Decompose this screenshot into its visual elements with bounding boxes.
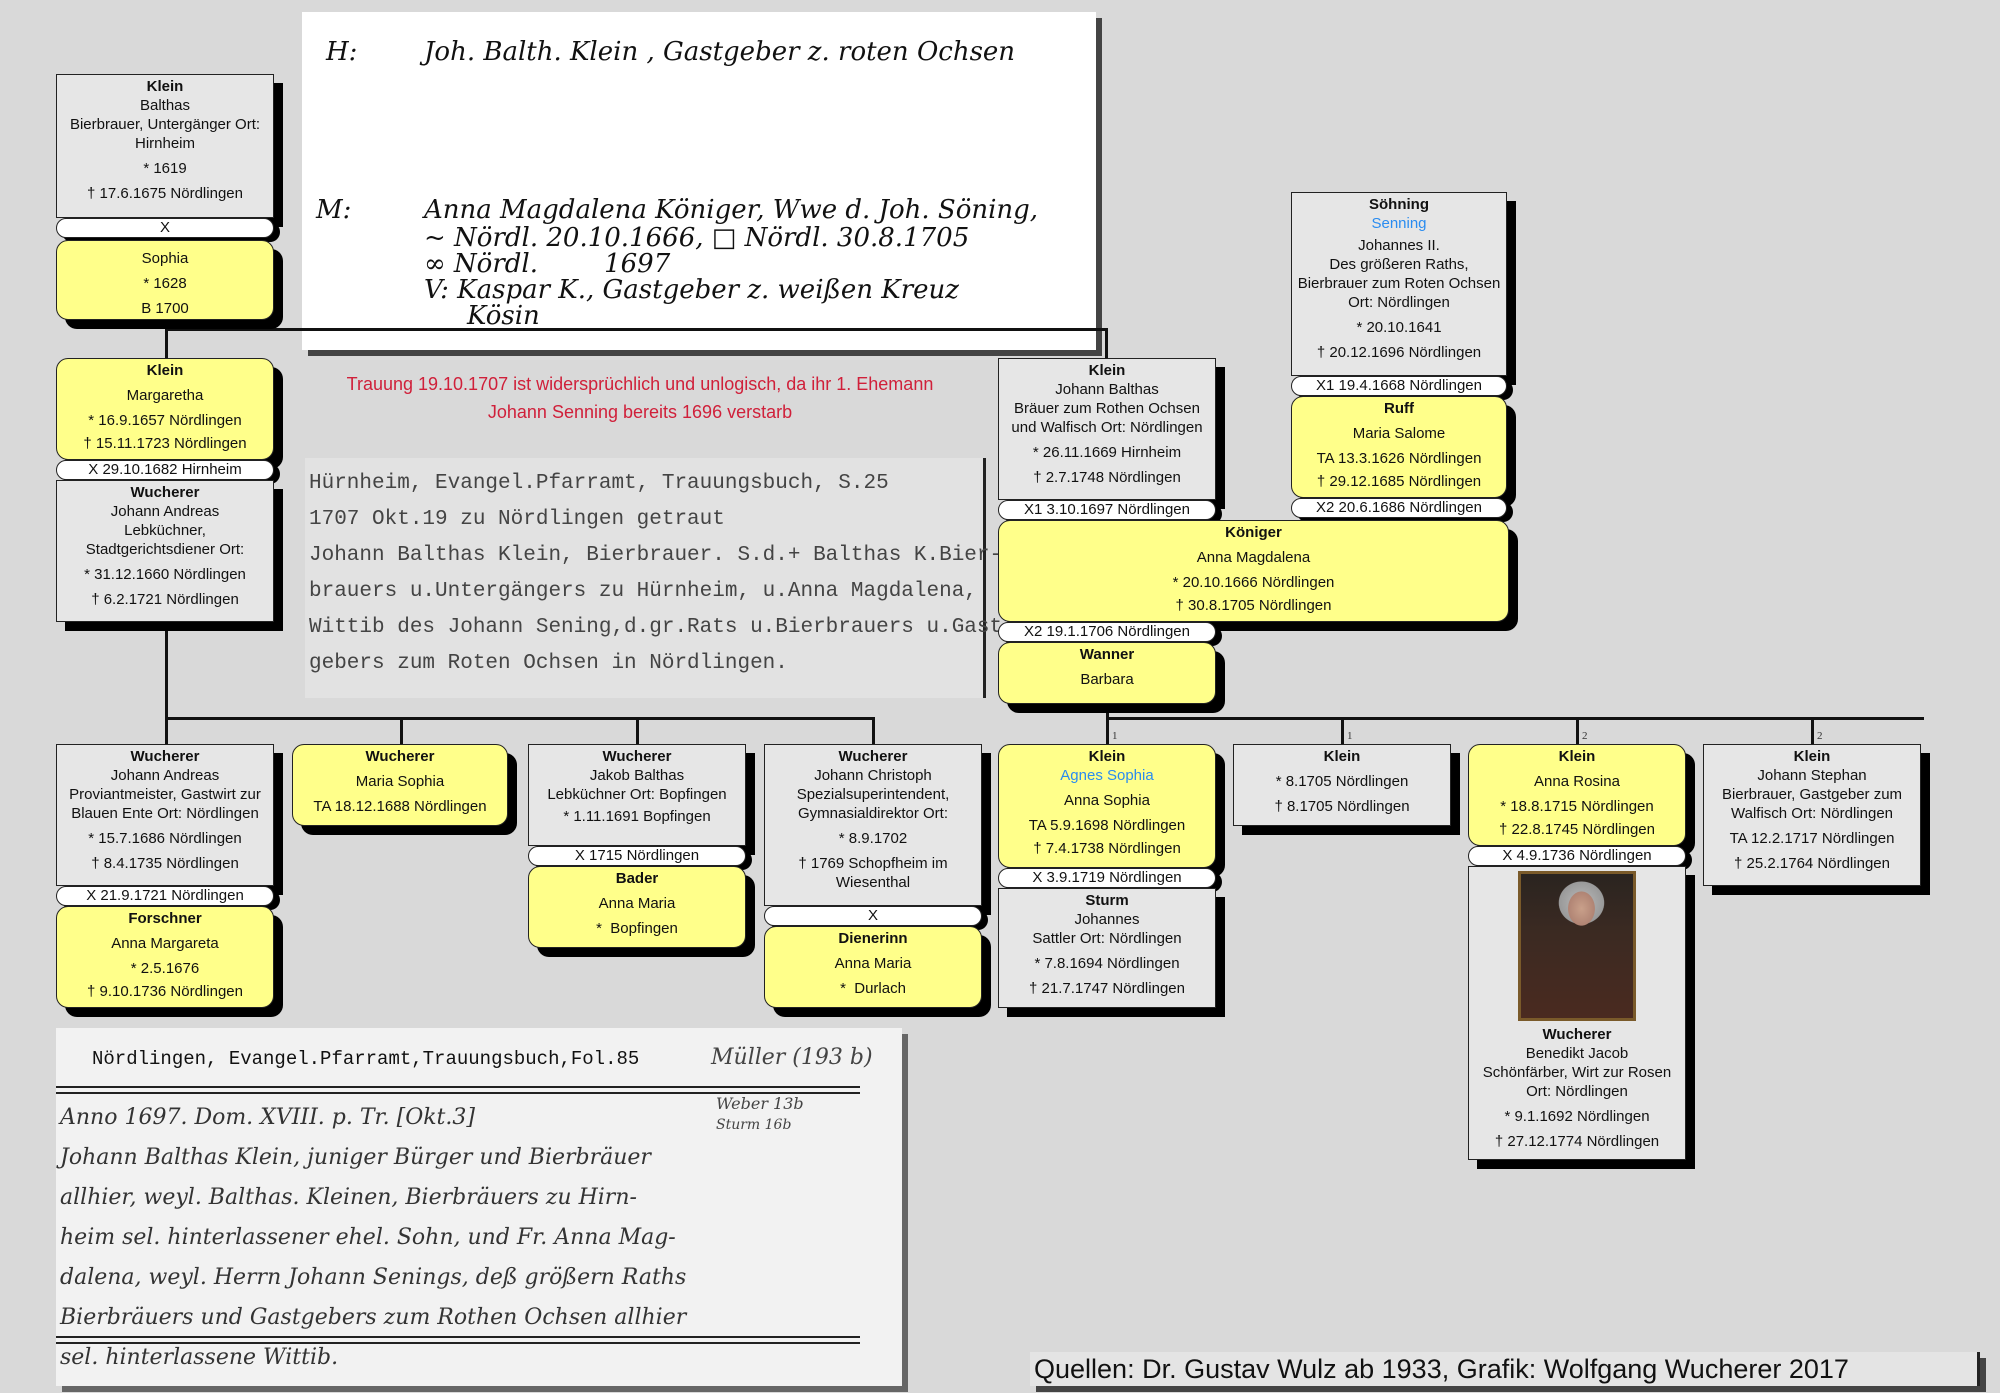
surname: Forschner: [61, 909, 269, 928]
divider: [56, 1336, 860, 1344]
given-name: Jakob Balthas: [533, 766, 741, 785]
alternate-given-name: Agnes Sophia: [1003, 766, 1211, 785]
birth: * 2.5.1676: [61, 959, 269, 978]
surname: Wucherer: [61, 747, 269, 766]
surname: Klein: [1003, 361, 1211, 380]
side-note: Sturm 16b: [716, 1116, 791, 1134]
record-line: H:: [326, 38, 357, 66]
connector: [1106, 700, 1109, 747]
person-card-balthas-klein[interactable]: Klein Balthas Bierbrauer, Untergänger Or…: [56, 74, 274, 218]
surname: Wucherer: [297, 747, 503, 766]
connector: [165, 320, 168, 360]
death: † 9.10.1736 Nördlingen: [61, 982, 269, 1001]
marriage-label: X 29.10.1682 Hirnheim: [56, 460, 274, 480]
connector: [872, 717, 875, 747]
record-line: brauers u.Untergängers zu Hürnheim, u.An…: [309, 574, 1015, 610]
connector: [1105, 328, 1108, 360]
connector: [165, 620, 168, 720]
occupation: Des größeren Raths, Bierbrauer zum Roten…: [1296, 255, 1502, 312]
occupation: Lebküchner Ort: Bopfingen: [533, 785, 741, 804]
given-name: Johann Stephan: [1708, 766, 1916, 785]
birth: * Bopfingen: [533, 919, 741, 938]
surname: Ruff: [1296, 399, 1502, 418]
occupation: Spezialsuperintendent, Gymnasialdirektor…: [769, 785, 977, 823]
marriage-label: X 21.9.1721 Nördlingen: [56, 886, 274, 906]
given-name: Anna Maria: [769, 954, 977, 973]
marriage-label: X: [56, 218, 274, 238]
record-header: Nördlingen, Evangel.Pfarramt,Trauungsbuc…: [92, 1048, 639, 1070]
surname: Bader: [533, 869, 741, 888]
record-line: Joh. Balth. Klein , Gastgeber z. roten O…: [424, 38, 1015, 66]
given-name: Johann Andreas: [61, 766, 269, 785]
person-card-johann-christoph-wucherer[interactable]: Wucherer Johann Christoph Spezialsuperin…: [764, 744, 982, 906]
record-line: Wittib des Johann Sening,d.gr.Rats u.Bie…: [309, 610, 1015, 646]
person-card-anna-margareta-forschner[interactable]: Forschner Anna Margareta * 2.5.1676 † 9.…: [56, 906, 274, 1008]
alternate-surname: Senning: [1296, 214, 1502, 233]
person-card-barbara-wanner[interactable]: Wanner Barbara: [998, 642, 1216, 704]
marriage-label: X2 19.1.1706 Nördlingen: [998, 622, 1216, 642]
given-name: Johann Andreas: [61, 502, 269, 521]
side-note: Weber 13b: [716, 1094, 804, 1114]
marriage-label: X 4.9.1736 Nördlingen: [1468, 846, 1686, 866]
connector: [1341, 717, 1344, 747]
record-line: ∞ Nördl. 1697: [424, 250, 670, 278]
marriage-label: X1 19.4.1668 Nördlingen: [1291, 376, 1507, 396]
death: † 21.7.1747 Nördlingen: [1003, 979, 1211, 998]
birth: * 15.7.1686 Nördlingen: [61, 829, 269, 848]
handwritten-record-image: H: Joh. Balth. Klein , Gastgeber z. rote…: [302, 12, 1096, 350]
record-line: M:: [316, 196, 351, 224]
surname: Dienerinn: [769, 929, 977, 948]
given-name: Johannes II.: [1296, 236, 1502, 255]
given-name: Johann Balthas: [1003, 380, 1211, 399]
occupation: Schönfärber, Wirt zur Rosen Ort: Nördlin…: [1473, 1063, 1681, 1101]
birth: * 31.12.1660 Nördlingen: [61, 565, 269, 584]
marriage-label: X: [764, 906, 982, 926]
birth: * 8.1705 Nördlingen: [1238, 772, 1446, 791]
note-line: Trauung 19.10.1707 ist widersprüchlich u…: [330, 370, 950, 398]
record-line: Hürnheim, Evangel.Pfarramt, Trauungsbuch…: [309, 466, 1015, 502]
birth: * 1619: [61, 159, 269, 178]
record-line: Anna Magdalena Königer, Wwe d. Joh. Söni…: [424, 196, 1038, 224]
record-line: Johann Balthas Klein, Bierbrauer. S.d.+ …: [309, 538, 1015, 574]
connector: [165, 717, 168, 747]
record-line: Anno 1697. Dom. XVIII. p. Tr. [Okt.3]: [60, 1098, 686, 1138]
given-name: Sophia: [61, 249, 269, 268]
given-name: Anna Maria: [533, 894, 741, 913]
record-line: heim sel. hinterlassener ehel. Sohn, und…: [60, 1218, 686, 1258]
burial: B 1700: [61, 299, 269, 318]
given-name: Anna Sophia: [1003, 791, 1211, 810]
death: † 30.8.1705 Nördlingen: [1003, 596, 1504, 615]
death: † 22.8.1745 Nördlingen: [1473, 820, 1681, 839]
occupation: Bierbrauer, Untergänger Ort: Hirnheim: [61, 115, 269, 153]
death: † 20.12.1696 Nördlingen: [1296, 343, 1502, 362]
occupation: Sattler Ort: Nördlingen: [1003, 929, 1211, 948]
death: † 7.4.1738 Nördlingen: [1003, 839, 1211, 858]
person-card-johann-stephan-klein[interactable]: Klein Johann Stephan Bierbrauer, Gastgeb…: [1703, 744, 1921, 886]
given-name: Johann Christoph: [769, 766, 977, 785]
birth: * 7.8.1694 Nördlingen: [1003, 954, 1211, 973]
given-name: Anna Rosina: [1473, 772, 1681, 791]
person-card-anna-magdalena-koeniger[interactable]: Königer Anna Magdalena * 20.10.1666 Nörd…: [998, 520, 1509, 622]
person-card-benedikt-jacob-wucherer[interactable]: Wucherer Benedikt Jacob Schönfärber, Wir…: [1468, 866, 1686, 1160]
record-line: ~ Nördl. 20.10.1666, □ Nördl. 30.8.1705: [424, 224, 969, 252]
person-card-sophia[interactable]: Sophia * 1628 B 1700: [56, 240, 274, 320]
birth: * 20.10.1666 Nördlingen: [1003, 573, 1504, 592]
surname: Klein: [1708, 747, 1916, 766]
typed-record-hurnheim: Hürnheim, Evangel.Pfarramt, Trauungsbuch…: [305, 458, 986, 698]
baptism: TA 18.12.1688 Nördlingen: [297, 797, 503, 816]
record-line: Johann Balthas Klein, juniger Bürger und…: [60, 1138, 686, 1178]
given-name: Barbara: [1003, 670, 1211, 689]
handwritten-record-noerdlingen: Nördlingen, Evangel.Pfarramt,Trauungsbuc…: [56, 1028, 902, 1386]
person-card-anna-sophia-klein[interactable]: Klein Agnes Sophia Anna Sophia TA 5.9.16…: [998, 744, 1216, 868]
connector: [302, 328, 1106, 331]
person-card-anna-rosina-klein[interactable]: Klein Anna Rosina * 18.8.1715 Nördlingen…: [1468, 744, 1686, 846]
birth: * 18.8.1715 Nördlingen: [1473, 797, 1681, 816]
surname: Wanner: [1003, 645, 1211, 664]
death: † 2.7.1748 Nördlingen: [1003, 468, 1211, 487]
child-order-tick: 2: [1582, 730, 1588, 742]
birth: * 26.11.1669 Hirnheim: [1003, 443, 1211, 462]
birth: * 16.9.1657 Nördlingen: [61, 411, 269, 430]
birth: * 1628: [61, 274, 269, 293]
surname: Wucherer: [533, 747, 741, 766]
person-card-anna-maria-bader[interactable]: Bader Anna Maria * Bopfingen: [528, 866, 746, 948]
baptism: TA 13.3.1626 Nördlingen: [1296, 449, 1502, 468]
surname: Klein: [1003, 747, 1211, 766]
marriage-label: X 3.9.1719 Nördlingen: [998, 868, 1216, 888]
connector: [400, 717, 403, 747]
record-line: sel. hinterlassene Wittib.: [60, 1338, 686, 1378]
death: † 1769 Schopfheim im Wiesenthal: [769, 854, 977, 892]
divider: [56, 1086, 860, 1094]
person-card-jakob-balthas-wucherer[interactable]: Wucherer Jakob Balthas Lebküchner Ort: B…: [528, 744, 746, 846]
connector: [1811, 717, 1814, 747]
connector: [1576, 717, 1579, 747]
marriage-label: X1 3.10.1697 Nördlingen: [998, 500, 1216, 520]
marriage-label: X 1715 Nördlingen: [528, 846, 746, 866]
record-line: 1707 Okt.19 zu Nördlingen getraut: [309, 502, 1015, 538]
occupation: Bräuer zum Rothen Ochsen und Walfisch Or…: [1003, 399, 1211, 437]
given-name: Anna Magdalena: [1003, 548, 1504, 567]
person-card-klein-infant-1705[interactable]: Klein * 8.1705 Nördlingen † 8.1705 Nördl…: [1233, 744, 1451, 826]
person-card-maria-salome-ruff[interactable]: Ruff Maria Salome TA 13.3.1626 Nördlinge…: [1291, 396, 1507, 498]
death: † 15.11.1723 Nördlingen: [61, 434, 269, 453]
occupation: Bierbrauer, Gastgeber zum Walfisch Ort: …: [1708, 785, 1916, 823]
surname: Wucherer: [1473, 1025, 1681, 1044]
contradiction-note: Trauung 19.10.1707 ist widersprüchlich u…: [330, 370, 950, 426]
record-line: gebers zum Roten Ochsen in Nördlingen.: [309, 646, 1015, 682]
birth: * 1.11.1691 Bopfingen: [533, 807, 741, 826]
person-card-maria-sophia-wucherer[interactable]: Wucherer Maria Sophia TA 18.12.1688 Nörd…: [292, 744, 508, 826]
given-name: Anna Margareta: [61, 934, 269, 953]
surname: Klein: [1473, 747, 1681, 766]
given-name: Balthas: [61, 96, 269, 115]
death: † 8.1705 Nördlingen: [1238, 797, 1446, 816]
surname: Königer: [1003, 523, 1504, 542]
surname: Wucherer: [769, 747, 977, 766]
surname: Klein: [1238, 747, 1446, 766]
child-order-tick: 2: [1817, 730, 1823, 742]
connector: [1106, 717, 1924, 720]
person-card-johann-andreas-wucherer-sen[interactable]: Wucherer Johann Andreas Lebküchner, Stad…: [56, 480, 274, 622]
death: † 25.2.1764 Nördlingen: [1708, 854, 1916, 873]
given-name: Maria Salome: [1296, 424, 1502, 443]
person-card-margaretha-klein[interactable]: Klein Margaretha * 16.9.1657 Nördlingen …: [56, 358, 274, 460]
marriage-label: X2 20.6.1686 Nördlingen: [1291, 498, 1507, 518]
person-card-johannes-sturm[interactable]: Sturm Johannes Sattler Ort: Nördlingen *…: [998, 888, 1216, 1008]
birth: * 8.9.1702: [769, 829, 977, 848]
death: † 8.4.1735 Nördlingen: [61, 854, 269, 873]
record-line: dalena, weyl. Herrn Johann Senings, deß …: [60, 1258, 686, 1298]
occupation: Lebküchner, Stadtgerichtsdiener Ort:: [61, 521, 269, 559]
child-order-tick: 1: [1347, 730, 1353, 742]
death: † 17.6.1675 Nördlingen: [61, 184, 269, 203]
person-card-anna-maria-dienerinn[interactable]: Dienerinn Anna Maria * Durlach: [764, 926, 982, 1008]
given-name: Johannes: [1003, 910, 1211, 929]
given-name: Maria Sophia: [297, 772, 503, 791]
record-line: Bierbräuers und Gastgebers zum Rothen Oc…: [60, 1298, 686, 1338]
given-name: Margaretha: [61, 386, 269, 405]
person-card-johannes-soehning[interactable]: Söhning Senning Johannes II. Des größere…: [1291, 192, 1507, 376]
surname: Söhning: [1296, 195, 1502, 214]
child-order-tick: 1: [1112, 730, 1118, 742]
record-header-note: Müller (193 b): [711, 1044, 873, 1072]
occupation: Proviantmeister, Gastwirt zur Blauen Ent…: [61, 785, 269, 823]
record-line: allhier, weyl. Balthas. Kleinen, Bierbrä…: [60, 1178, 686, 1218]
surname: Sturm: [1003, 891, 1211, 910]
surname: Klein: [61, 361, 269, 380]
baptism: TA 12.2.1717 Nördlingen: [1708, 829, 1916, 848]
given-name: Benedikt Jacob: [1473, 1044, 1681, 1063]
credits-footer: Quellen: Dr. Gustav Wulz ab 1933, Grafik…: [1030, 1352, 1980, 1386]
birth: * Durlach: [769, 979, 977, 998]
person-card-johann-andreas-wucherer-jun[interactable]: Wucherer Johann Andreas Proviantmeister,…: [56, 744, 274, 886]
baptism: TA 5.9.1698 Nördlingen: [1003, 816, 1211, 835]
birth: * 9.1.1692 Nördlingen: [1473, 1107, 1681, 1126]
surname: Wucherer: [61, 483, 269, 502]
record-line: Kösin: [467, 302, 540, 330]
death: † 27.12.1774 Nördlingen: [1473, 1132, 1681, 1151]
death: † 29.12.1685 Nördlingen: [1296, 472, 1502, 491]
connector: [636, 717, 639, 747]
record-line: V: Kaspar K., Gastgeber z. weißen Kreuz: [424, 276, 959, 304]
person-card-johann-balthas-klein[interactable]: Klein Johann Balthas Bräuer zum Rothen O…: [998, 358, 1216, 500]
connector: [165, 717, 875, 720]
death: † 6.2.1721 Nördlingen: [61, 590, 269, 609]
surname: Klein: [61, 77, 269, 96]
note-line: Johann Senning bereits 1696 verstarb: [330, 398, 950, 426]
birth: * 20.10.1641: [1296, 318, 1502, 337]
portrait-image: [1518, 871, 1636, 1021]
